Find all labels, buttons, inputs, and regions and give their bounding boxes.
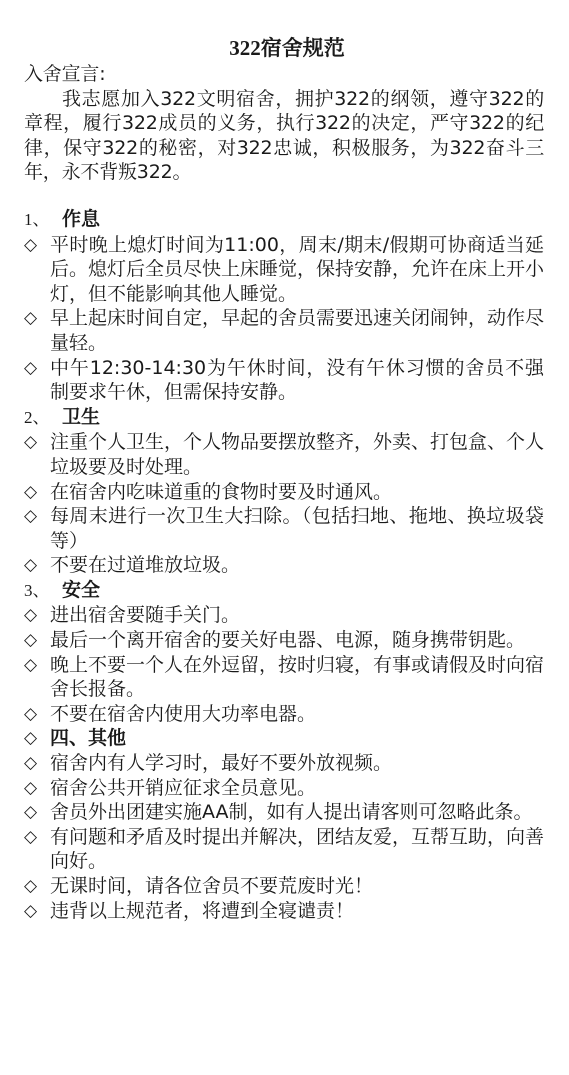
list-item: ◇宿舍内有人学习时，最好不要外放视频。: [24, 751, 544, 776]
list-item: ◇平时晚上熄灯时间为11:00，周末/期末/假期可协商适当延后。熄灯后全员尽快上…: [24, 233, 544, 307]
diamond-bullet-icon: ◇: [24, 702, 37, 727]
diamond-bullet-icon: ◇: [24, 553, 37, 578]
section-title: 卫生: [62, 406, 100, 428]
section-heading-other: ◇四、其他: [24, 726, 544, 751]
section-heading-schedule: 1、作息: [24, 207, 544, 233]
section-title: 四、其他: [50, 727, 126, 749]
diamond-bullet-icon: ◇: [24, 751, 37, 776]
list-item: ◇进出宿舍要随手关门。: [24, 603, 544, 628]
section-number: 1、: [24, 208, 62, 233]
intro-text: 我志愿加入322文明宿舍，拥护322的纲领，遵守322的章程，履行322成员的义…: [24, 87, 544, 185]
section-number: 2、: [24, 406, 62, 431]
section-number: 3、: [24, 579, 62, 604]
diamond-bullet-icon: ◇: [24, 874, 37, 899]
section-heading-safety: 3、安全: [24, 578, 544, 604]
item-text: 晚上不要一个人在外逗留，按时归寝，有事或请假及时向宿舍长报备。: [50, 654, 544, 701]
diamond-bullet-icon: ◇: [24, 800, 37, 825]
item-text: 有问题和矛盾及时提出并解决，团结友爱，互帮互助，向善向好。: [50, 826, 544, 873]
list-item: ◇有问题和矛盾及时提出并解决，团结友爱，互帮互助，向善向好。: [24, 825, 544, 874]
diamond-bullet-icon: ◇: [24, 653, 37, 678]
diamond-bullet-icon: ◇: [24, 306, 37, 331]
item-text: 不要在宿舍内使用大功率电器。: [50, 703, 316, 725]
item-text: 早上起床时间自定，早起的舍员需要迅速关闭闹钟，动作尽量轻。: [50, 307, 544, 354]
list-item: ◇早上起床时间自定，早起的舍员需要迅速关闭闹钟，动作尽量轻。: [24, 306, 544, 355]
item-text: 无课时间，请各位舍员不要荒废时光！: [50, 875, 373, 897]
list-item: ◇舍员外出团建实施AA制，如有人提出请客则可忽略此条。: [24, 800, 544, 825]
list-item: ◇不要在过道堆放垃圾。: [24, 553, 544, 578]
diamond-bullet-icon: ◇: [24, 899, 37, 924]
spacer: [24, 185, 544, 207]
section-title: 安全: [62, 579, 100, 601]
item-text: 违背以上规范者，将遭到全寝谴责！: [50, 900, 354, 922]
item-text: 注重个人卫生，个人物品要摆放整齐，外卖、打包盒、个人垃圾要及时处理。: [50, 431, 544, 478]
item-text: 中午12:30-14:30为午休时间，没有午休习惯的舍员不强制要求午休，但需保持…: [50, 357, 544, 404]
document-title: 322宿舍规范: [24, 36, 544, 60]
list-item: ◇宿舍公共开销应征求全员意见。: [24, 776, 544, 801]
list-item: ◇注重个人卫生，个人物品要摆放整齐，外卖、打包盒、个人垃圾要及时处理。: [24, 430, 544, 479]
diamond-bullet-icon: ◇: [24, 628, 37, 653]
list-item: ◇违背以上规范者，将遭到全寝谴责！: [24, 899, 544, 924]
diamond-bullet-icon: ◇: [24, 356, 37, 381]
list-item: ◇无课时间，请各位舍员不要荒废时光！: [24, 874, 544, 899]
item-text: 不要在过道堆放垃圾。: [50, 554, 240, 576]
diamond-bullet-icon: ◇: [24, 726, 37, 751]
list-item: ◇在宿舍内吃味道重的食物时要及时通风。: [24, 480, 544, 505]
list-item: ◇中午12:30-14:30为午休时间，没有午休习惯的舍员不强制要求午休，但需保…: [24, 356, 544, 405]
intro-label: 入舍宣言:: [24, 62, 544, 87]
document-page: 322宿舍规范 入舍宣言: 我志愿加入322文明宿舍，拥护322的纲领，遵守32…: [24, 36, 544, 923]
diamond-bullet-icon: ◇: [24, 504, 37, 529]
item-text: 宿舍公共开销应征求全员意见。: [50, 777, 316, 799]
item-text: 宿舍内有人学习时，最好不要外放视频。: [50, 752, 392, 774]
item-text: 平时晚上熄灯时间为11:00，周末/期末/假期可协商适当延后。熄灯后全员尽快上床…: [50, 234, 544, 305]
item-text: 在宿舍内吃味道重的食物时要及时通风。: [50, 481, 392, 503]
diamond-bullet-icon: ◇: [24, 603, 37, 628]
list-item: ◇不要在宿舍内使用大功率电器。: [24, 702, 544, 727]
item-text: 每周末进行一次卫生大扫除。（包括扫地、拖地、换垃圾袋等）: [50, 505, 544, 552]
diamond-bullet-icon: ◇: [24, 233, 37, 258]
diamond-bullet-icon: ◇: [24, 776, 37, 801]
list-item: ◇每周末进行一次卫生大扫除。（包括扫地、拖地、换垃圾袋等）: [24, 504, 544, 553]
section-title: 作息: [62, 208, 100, 230]
diamond-bullet-icon: ◇: [24, 825, 37, 850]
item-text: 进出宿舍要随手关门。: [50, 604, 240, 626]
section-heading-hygiene: 2、卫生: [24, 405, 544, 431]
item-text: 舍员外出团建实施AA制，如有人提出请客则可忽略此条。: [50, 801, 533, 823]
diamond-bullet-icon: ◇: [24, 480, 37, 505]
item-text: 最后一个离开宿舍的要关好电器、电源，随身携带钥匙。: [50, 629, 525, 651]
list-item: ◇最后一个离开宿舍的要关好电器、电源，随身携带钥匙。: [24, 628, 544, 653]
list-item: ◇晚上不要一个人在外逗留，按时归寝，有事或请假及时向宿舍长报备。: [24, 653, 544, 702]
diamond-bullet-icon: ◇: [24, 430, 37, 455]
